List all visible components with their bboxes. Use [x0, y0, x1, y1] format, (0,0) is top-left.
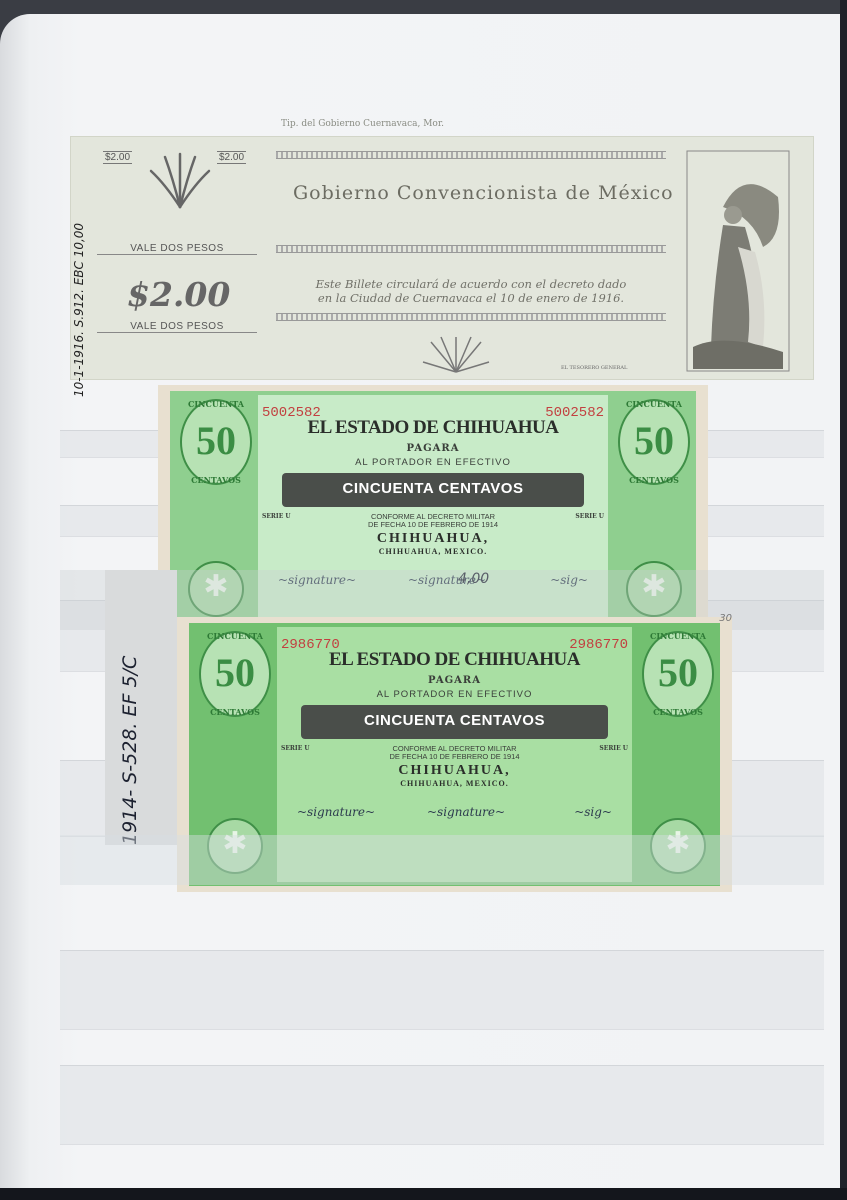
clear-sleeve [60, 835, 824, 885]
vale-text: VALE DOS PESOS [97, 243, 257, 255]
vale-text: VALE DOS PESOS [97, 321, 257, 333]
sleeve-strip [60, 1065, 824, 1145]
banknote-2-pesos: Tip. del Gobierno Cuernavaca, Mor. 10-1-… [70, 136, 814, 380]
table-surface [0, 1188, 847, 1200]
printer-line: Tip. del Gobierno Cuernavaca, Mor. [281, 119, 444, 129]
ornamental-border [276, 245, 666, 253]
corner-mark: 30 [719, 613, 732, 624]
corner-value: $2.00 [217, 151, 246, 164]
issuer: EL ESTADO DE CHIHUAHUA [277, 649, 632, 671]
binder-edge [840, 0, 847, 1200]
handwritten-annotation: 10-1-1916. S.912. EBC 10,00 [69, 157, 91, 407]
denomination-ribbon: CINCUENTA CENTAVOS [282, 473, 584, 507]
value-panel: $2.00 $2.00 VALE DOS PESOS $2.00 VALE DO… [97, 147, 257, 372]
denomination-ribbon: CINCUENTA CENTAVOS [301, 705, 608, 739]
svg-text:10-1-1916. S.912. EBC 10,00: 10-1-1916. S.912. EBC 10,00 [72, 223, 86, 397]
amount: $2.00 [127, 275, 230, 314]
decree-text: Este Billete circulará de acuerdo con el… [276, 277, 666, 305]
sunburst-icon [421, 332, 491, 377]
corner-value: $2.00 [103, 151, 132, 164]
sleeve-strip [60, 950, 824, 1030]
ornamental-border [276, 151, 666, 159]
note-title: Gobierno Convencionista de México [293, 182, 674, 204]
svg-text:1914- S-528. EF 5/C: 1914- S-528. EF 5/C [119, 655, 141, 845]
treasurer-label: EL TESORERO GENERAL [561, 365, 627, 371]
signatures: ~signature~ ~signature~ ~sig~ [297, 805, 612, 825]
woman-with-sheaf-vignette [683, 147, 793, 375]
handwritten-annotation: 1914- S-528. EF 5/C [108, 595, 148, 855]
issuer: EL ESTADO DE CHIHUAHUA [258, 417, 608, 439]
ornamental-border [276, 313, 666, 321]
palm-ornament-icon [145, 149, 215, 209]
